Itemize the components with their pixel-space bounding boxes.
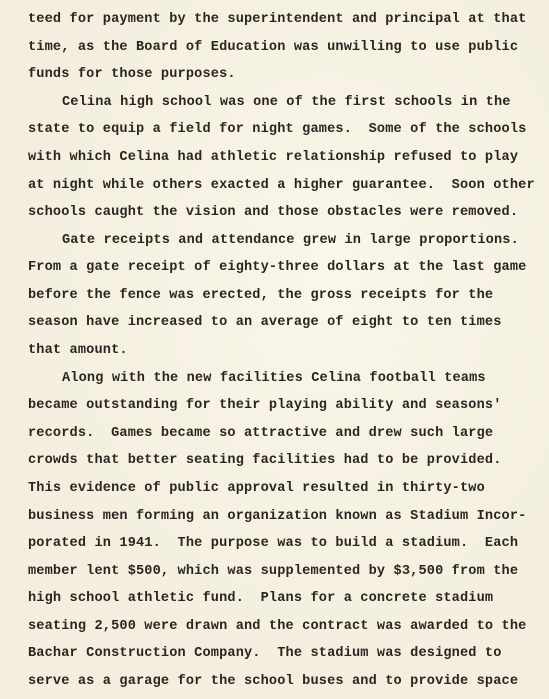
- text-line: at night while others exacted a higher g…: [28, 178, 535, 194]
- paragraph-start-line: Gate receipts and attendance grew in lar…: [62, 233, 519, 249]
- text-line: business men forming an organization kno…: [28, 509, 526, 525]
- text-line: season have increased to an average of e…: [28, 315, 502, 331]
- document-page: teed for payment by the superintendent a…: [0, 0, 549, 699]
- text-line: porated in 1941. The purpose was to buil…: [28, 536, 518, 552]
- text-line: crowds that better seating facilities ha…: [28, 453, 502, 469]
- text-line: teed for payment by the superintendent a…: [28, 12, 526, 28]
- text-line: with which Celina had athletic relations…: [28, 150, 518, 166]
- text-line: became outstanding for their playing abi…: [28, 398, 502, 414]
- text-line: high school athletic fund. Plans for a c…: [28, 591, 493, 607]
- text-line: before the fence was erected, the gross …: [28, 288, 493, 304]
- text-line: state to equip a field for night games. …: [28, 122, 526, 138]
- paragraph-start-line: Celina high school was one of the first …: [62, 95, 511, 111]
- text-line: member lent $500, which was supplemented…: [28, 564, 518, 580]
- text-line: From a gate receipt of eighty-three doll…: [28, 260, 526, 276]
- text-line: Bachar Construction Company. The stadium…: [28, 646, 502, 662]
- text-line: seating 2,500 were drawn and the contrac…: [28, 619, 526, 635]
- text-line: This evidence of public approval resulte…: [28, 481, 485, 497]
- text-line: time, as the Board of Education was unwi…: [28, 40, 518, 56]
- paragraph-start-line: Along with the new facilities Celina foo…: [62, 371, 486, 387]
- text-line: serve as a garage for the school buses a…: [28, 674, 518, 690]
- text-line: records. Games became so attractive and …: [28, 426, 493, 442]
- text-line: that amount.: [28, 343, 128, 359]
- text-line: schools caught the vision and those obst…: [28, 205, 518, 221]
- text-line: funds for those purposes.: [28, 67, 236, 83]
